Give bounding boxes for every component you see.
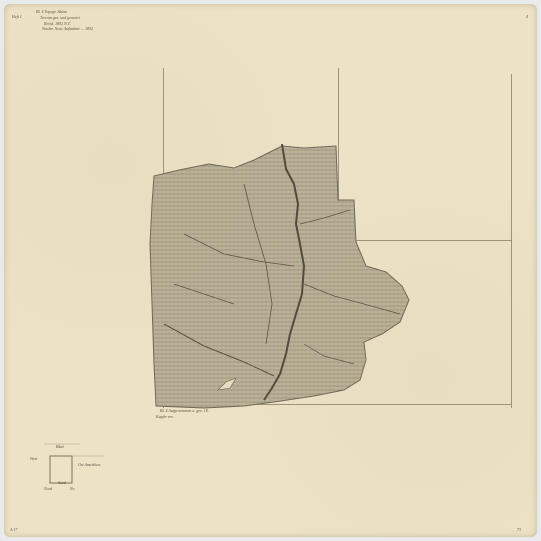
bottom-caption-line-1: Bl. 4 Aufgenommen u. gez. 18.. (160, 408, 210, 413)
map-sheet: Bl. 4 Topogr. Skizze Terrain gez. und gr… (4, 4, 537, 537)
title-line-2: Terrain gez. und graviert (40, 15, 80, 20)
index-label-top: Blatt (56, 444, 64, 449)
index-diagram-box (50, 456, 72, 483)
terrain-map (4, 4, 537, 537)
corner-label-top-right: 4 (526, 14, 528, 19)
bottom-caption-line-2: Kupfer rev. (156, 414, 174, 419)
index-label-bottom: Sued (58, 480, 66, 485)
index-label-corner-bl: Nord (44, 486, 52, 491)
corner-label-bottom-left: A 17 (10, 527, 17, 532)
corner-label-top-left: Heft 1 (12, 14, 22, 19)
index-label-corner-br: Nr. (70, 486, 75, 491)
corner-label-bottom-right: 73 (517, 527, 521, 532)
index-label-right: Ost Anschluss (78, 462, 100, 467)
index-label-left: West (30, 456, 37, 461)
title-line-1: Bl. 4 Topogr. Skizze (36, 9, 67, 14)
title-line-4: Nachtr. Neue Aufnahme ... 1892 (42, 26, 93, 31)
